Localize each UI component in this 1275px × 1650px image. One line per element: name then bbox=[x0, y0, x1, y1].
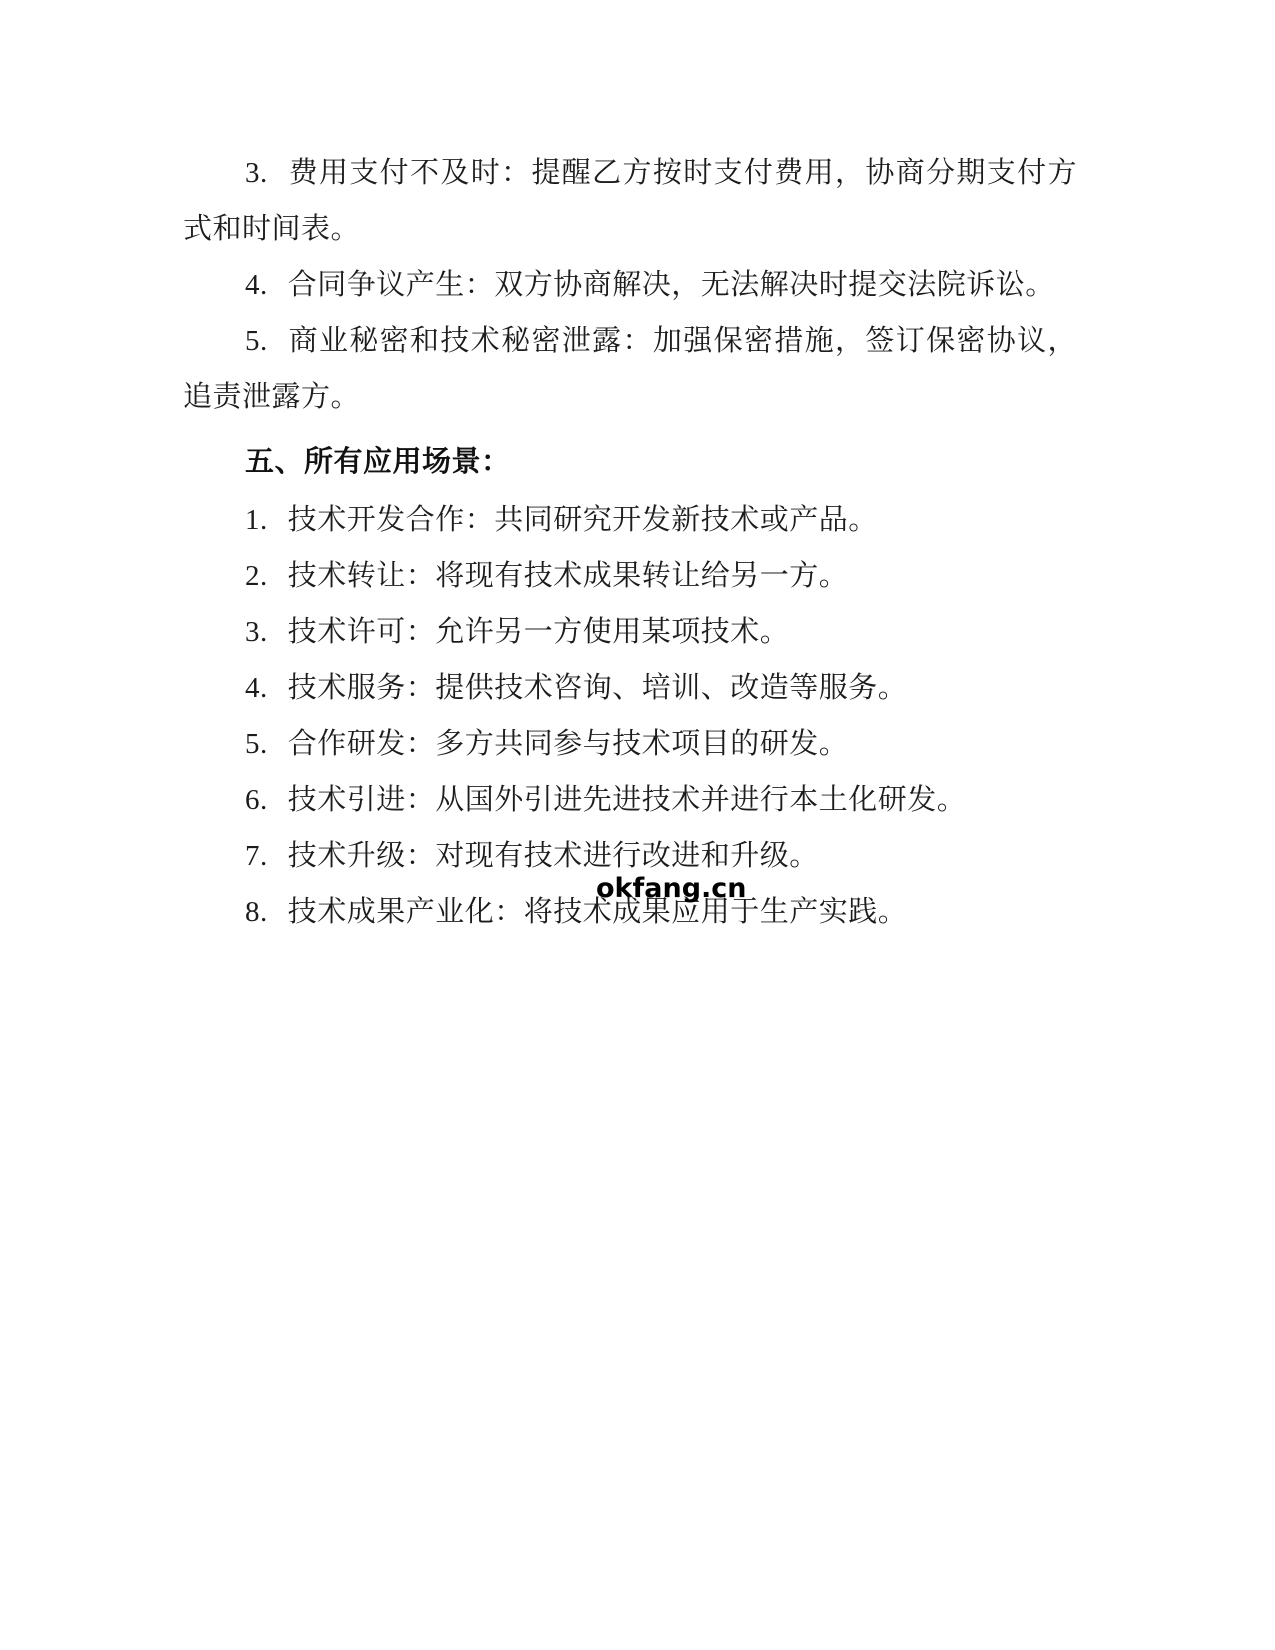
list-item-text: 技术成果产业化：将技术成果应用于生产实践。 bbox=[288, 896, 908, 928]
application-list-item: 3.技术许可：允许另一方使用某项技术。 bbox=[183, 604, 1077, 660]
list-item-number: 5. bbox=[245, 728, 268, 760]
list-item-number: 2. bbox=[245, 560, 268, 592]
list-item-text: 技术开发合作：共同研究开发新技术或产品。 bbox=[288, 504, 878, 536]
list-item-number: 7. bbox=[245, 840, 268, 872]
list-item-number: 1. bbox=[245, 504, 268, 536]
list-item-text: 商业秘密和技术秘密泄露：加强保密措施，签订保密协议，追责泄露方。 bbox=[183, 325, 1077, 413]
list-item-number: 5. bbox=[245, 325, 268, 357]
list-item-text: 技术升级：对现有技术进行改进和升级。 bbox=[288, 840, 819, 872]
application-list-item: 5.合作研发：多方共同参与技术项目的研发。 bbox=[183, 716, 1077, 772]
application-list-item: 8.技术成果产业化：将技术成果应用于生产实践。 bbox=[183, 884, 1077, 940]
application-list-item: 6.技术引进：从国外引进先进技术并进行本土化研发。 bbox=[183, 772, 1077, 828]
list-item-text: 技术转让：将现有技术成果转让给另一方。 bbox=[288, 560, 849, 592]
section-heading: 五、所有应用场景： bbox=[183, 434, 1077, 490]
list-item-number: 3. bbox=[245, 157, 268, 189]
application-list-item: 1.技术开发合作：共同研究开发新技术或产品。 bbox=[183, 492, 1077, 548]
dispute-list-item: 3.费用支付不及时：提醒乙方按时支付费用，协商分期支付方式和时间表。 bbox=[183, 145, 1077, 257]
application-list-item: 4.技术服务：提供技术咨询、培训、改造等服务。 bbox=[183, 660, 1077, 716]
dispute-list-item: 4.合同争议产生：双方协商解决，无法解决时提交法院诉讼。 bbox=[183, 257, 1077, 313]
application-list-item: 2.技术转让：将现有技术成果转让给另一方。 bbox=[183, 548, 1077, 604]
list-item-text: 合作研发：多方共同参与技术项目的研发。 bbox=[288, 728, 849, 760]
document-page: 3.费用支付不及时：提醒乙方按时支付费用，协商分期支付方式和时间表。 4.合同争… bbox=[0, 0, 1275, 1650]
list-item-number: 4. bbox=[245, 269, 268, 301]
list-item-number: 8. bbox=[245, 896, 268, 928]
list-item-text: 技术许可：允许另一方使用某项技术。 bbox=[288, 616, 790, 648]
list-item-number: 3. bbox=[245, 616, 268, 648]
list-item-text: 合同争议产生：双方协商解决，无法解决时提交法院诉讼。 bbox=[288, 269, 1055, 301]
list-item-text: 技术引进：从国外引进先进技术并进行本土化研发。 bbox=[288, 784, 967, 816]
document-body: 3.费用支付不及时：提醒乙方按时支付费用，协商分期支付方式和时间表。 4.合同争… bbox=[183, 145, 1077, 940]
list-item-number: 6. bbox=[245, 784, 268, 816]
dispute-list-item: 5.商业秘密和技术秘密泄露：加强保密措施，签订保密协议，追责泄露方。 bbox=[183, 313, 1077, 425]
application-list-item: 7.技术升级：对现有技术进行改进和升级。 bbox=[183, 828, 1077, 884]
list-item-number: 4. bbox=[245, 672, 268, 704]
list-item-text: 技术服务：提供技术咨询、培训、改造等服务。 bbox=[288, 672, 908, 704]
list-item-text: 费用支付不及时：提醒乙方按时支付费用，协商分期支付方式和时间表。 bbox=[183, 157, 1077, 245]
